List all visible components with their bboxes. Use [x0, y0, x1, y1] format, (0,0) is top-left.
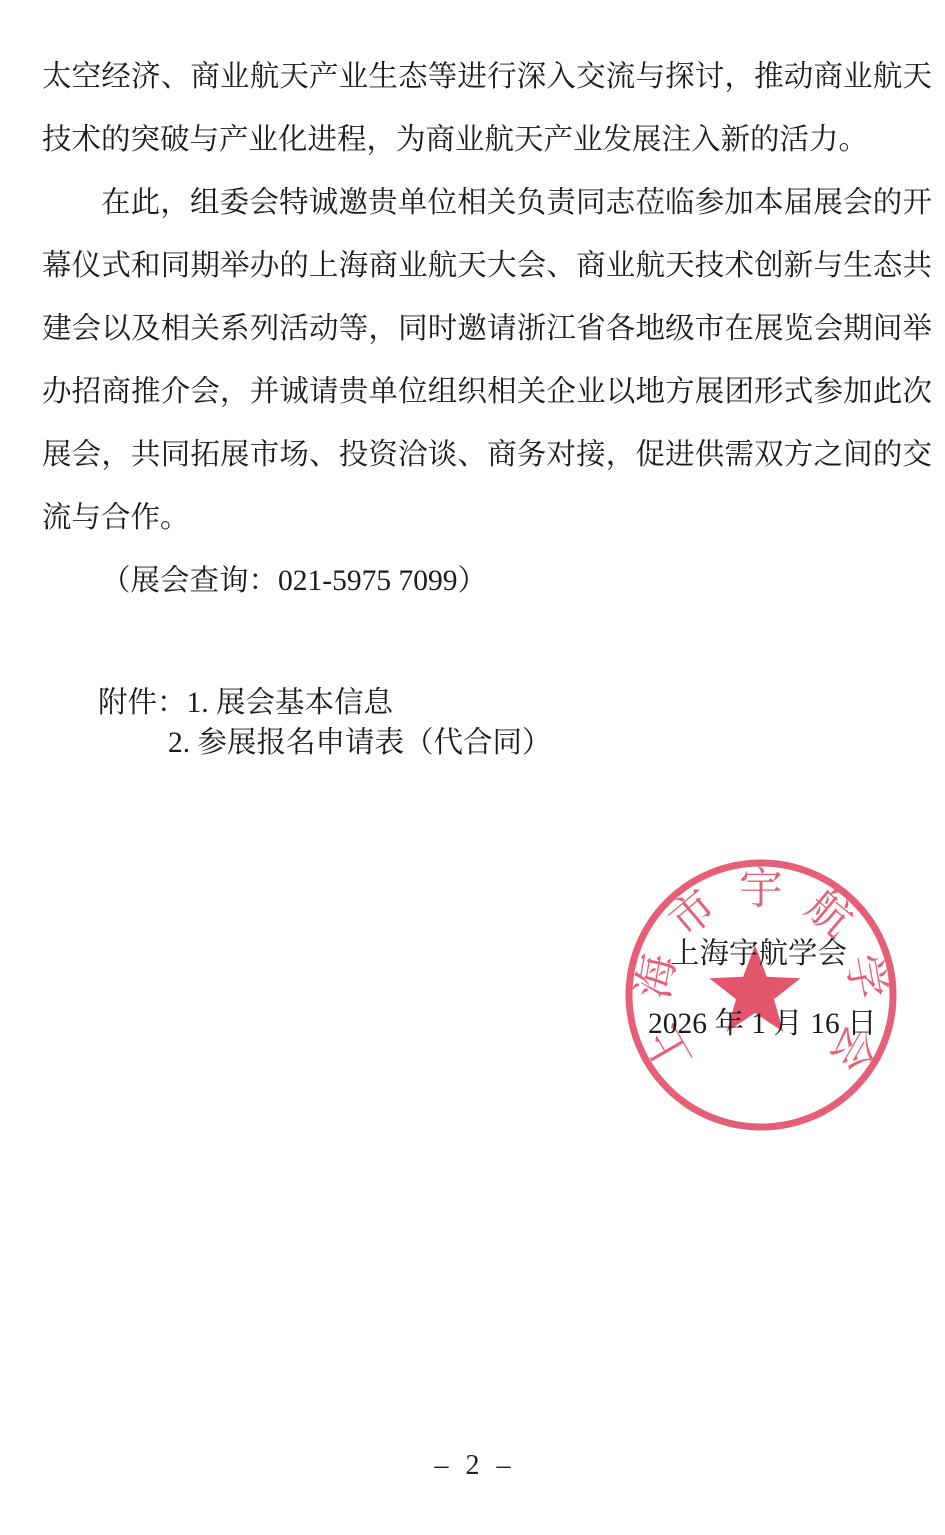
- seal-char: 航: [797, 881, 862, 947]
- attachment-item-2: 2. 参展报名申请表（代合同）: [168, 723, 552, 763]
- body-line: 太空经济、商业航天产业生态等进行深入交流与探讨，推动商业航天: [42, 46, 932, 109]
- body-line: 办招商推介会，并诚请贵单位组织相关企业以地方展团形式参加此次: [42, 361, 932, 424]
- body-line: 在此，组委会特诚邀贵单位相关负责同志莅临参加本届展会的开: [42, 172, 932, 235]
- signature-organization: 上海宇航学会: [670, 938, 847, 970]
- body-line: 幕仪式和同期举办的上海商业航天大会、商业航天技术创新与生态共: [42, 235, 932, 298]
- body-text-block: 太空经济、商业航天产业生态等进行深入交流与探讨，推动商业航天 技术的突破与产业化…: [42, 46, 932, 613]
- attachment-item-2-text: 2. 参展报名申请表（代合同）: [168, 727, 552, 759]
- signature-date: 2026 年 1 月 16 日: [648, 1007, 877, 1041]
- seal-ring-icon: [629, 863, 893, 1127]
- body-line: 展会，共同拓展市场、投资洽谈、商务对接，促进供需双方之间的交: [42, 424, 932, 487]
- seal-char: 宇: [739, 865, 783, 914]
- attachments-block: 附件：1. 展会基本信息 2. 参展报名申请表（代合同）: [98, 683, 552, 763]
- attachment-item-1: 附件：1. 展会基本信息: [98, 683, 552, 723]
- body-line: 建会以及相关系列活动等，同时邀请浙江省各地级市在展览会期间举: [42, 298, 932, 361]
- attachment-item-1-text: 1. 展会基本信息: [187, 687, 394, 719]
- body-line: 技术的突破与产业化进程，为商业航天产业发展注入新的活力。: [42, 109, 932, 172]
- seal-char: 市: [660, 881, 725, 947]
- page-number: – 2 –: [0, 1450, 945, 1482]
- inquiry-phone-line: （展会查询：021-5975 7099）: [42, 550, 932, 613]
- attachments-label: 附件：: [98, 687, 187, 719]
- seal-curved-text: 上 海 市 宇 航 学 会: [629, 865, 894, 1080]
- document-page: 太空经济、商业航天产业生态等进行深入交流与探讨，推动商业航天 技术的突破与产业化…: [0, 0, 945, 1535]
- body-line: 流与合作。: [42, 487, 932, 550]
